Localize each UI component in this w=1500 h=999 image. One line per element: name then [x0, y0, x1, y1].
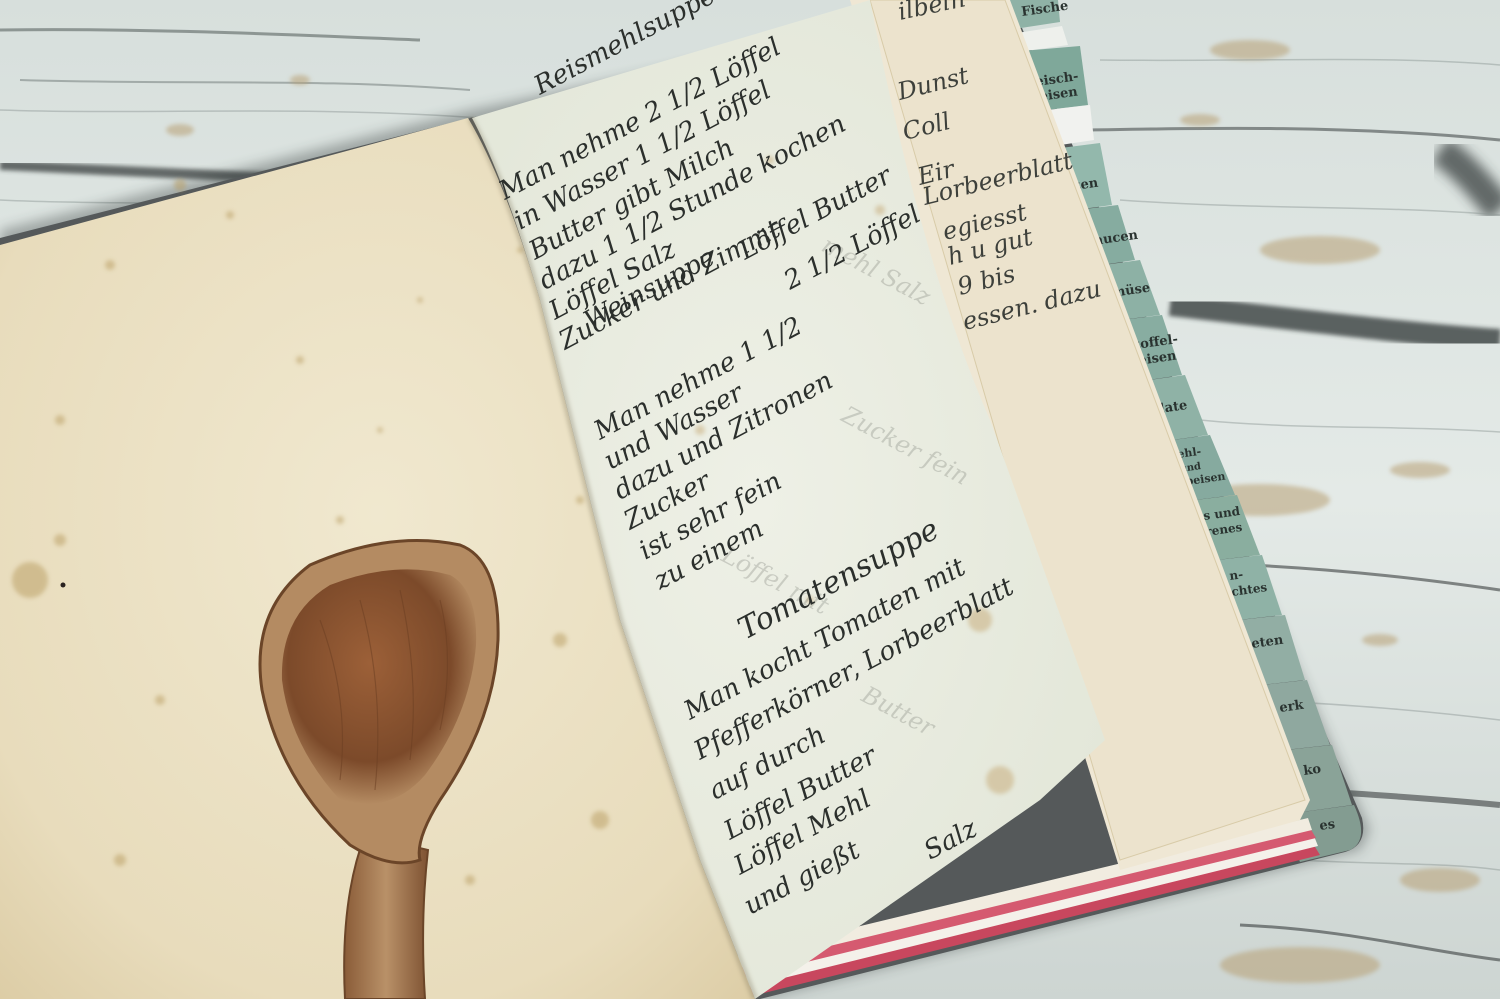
tab-label-tab-14: es [1318, 817, 1336, 834]
recipe-book-photo: Fische Fleisch- speisen raten Saucen emü… [0, 0, 1500, 999]
photo-canvas: Fische Fleisch- speisen raten Saucen emü… [0, 0, 1500, 999]
tab-label-eingemachtes-1: n- [1228, 567, 1244, 583]
tab-label-tab-13: ko [1302, 762, 1322, 779]
ink-spot [61, 583, 66, 588]
